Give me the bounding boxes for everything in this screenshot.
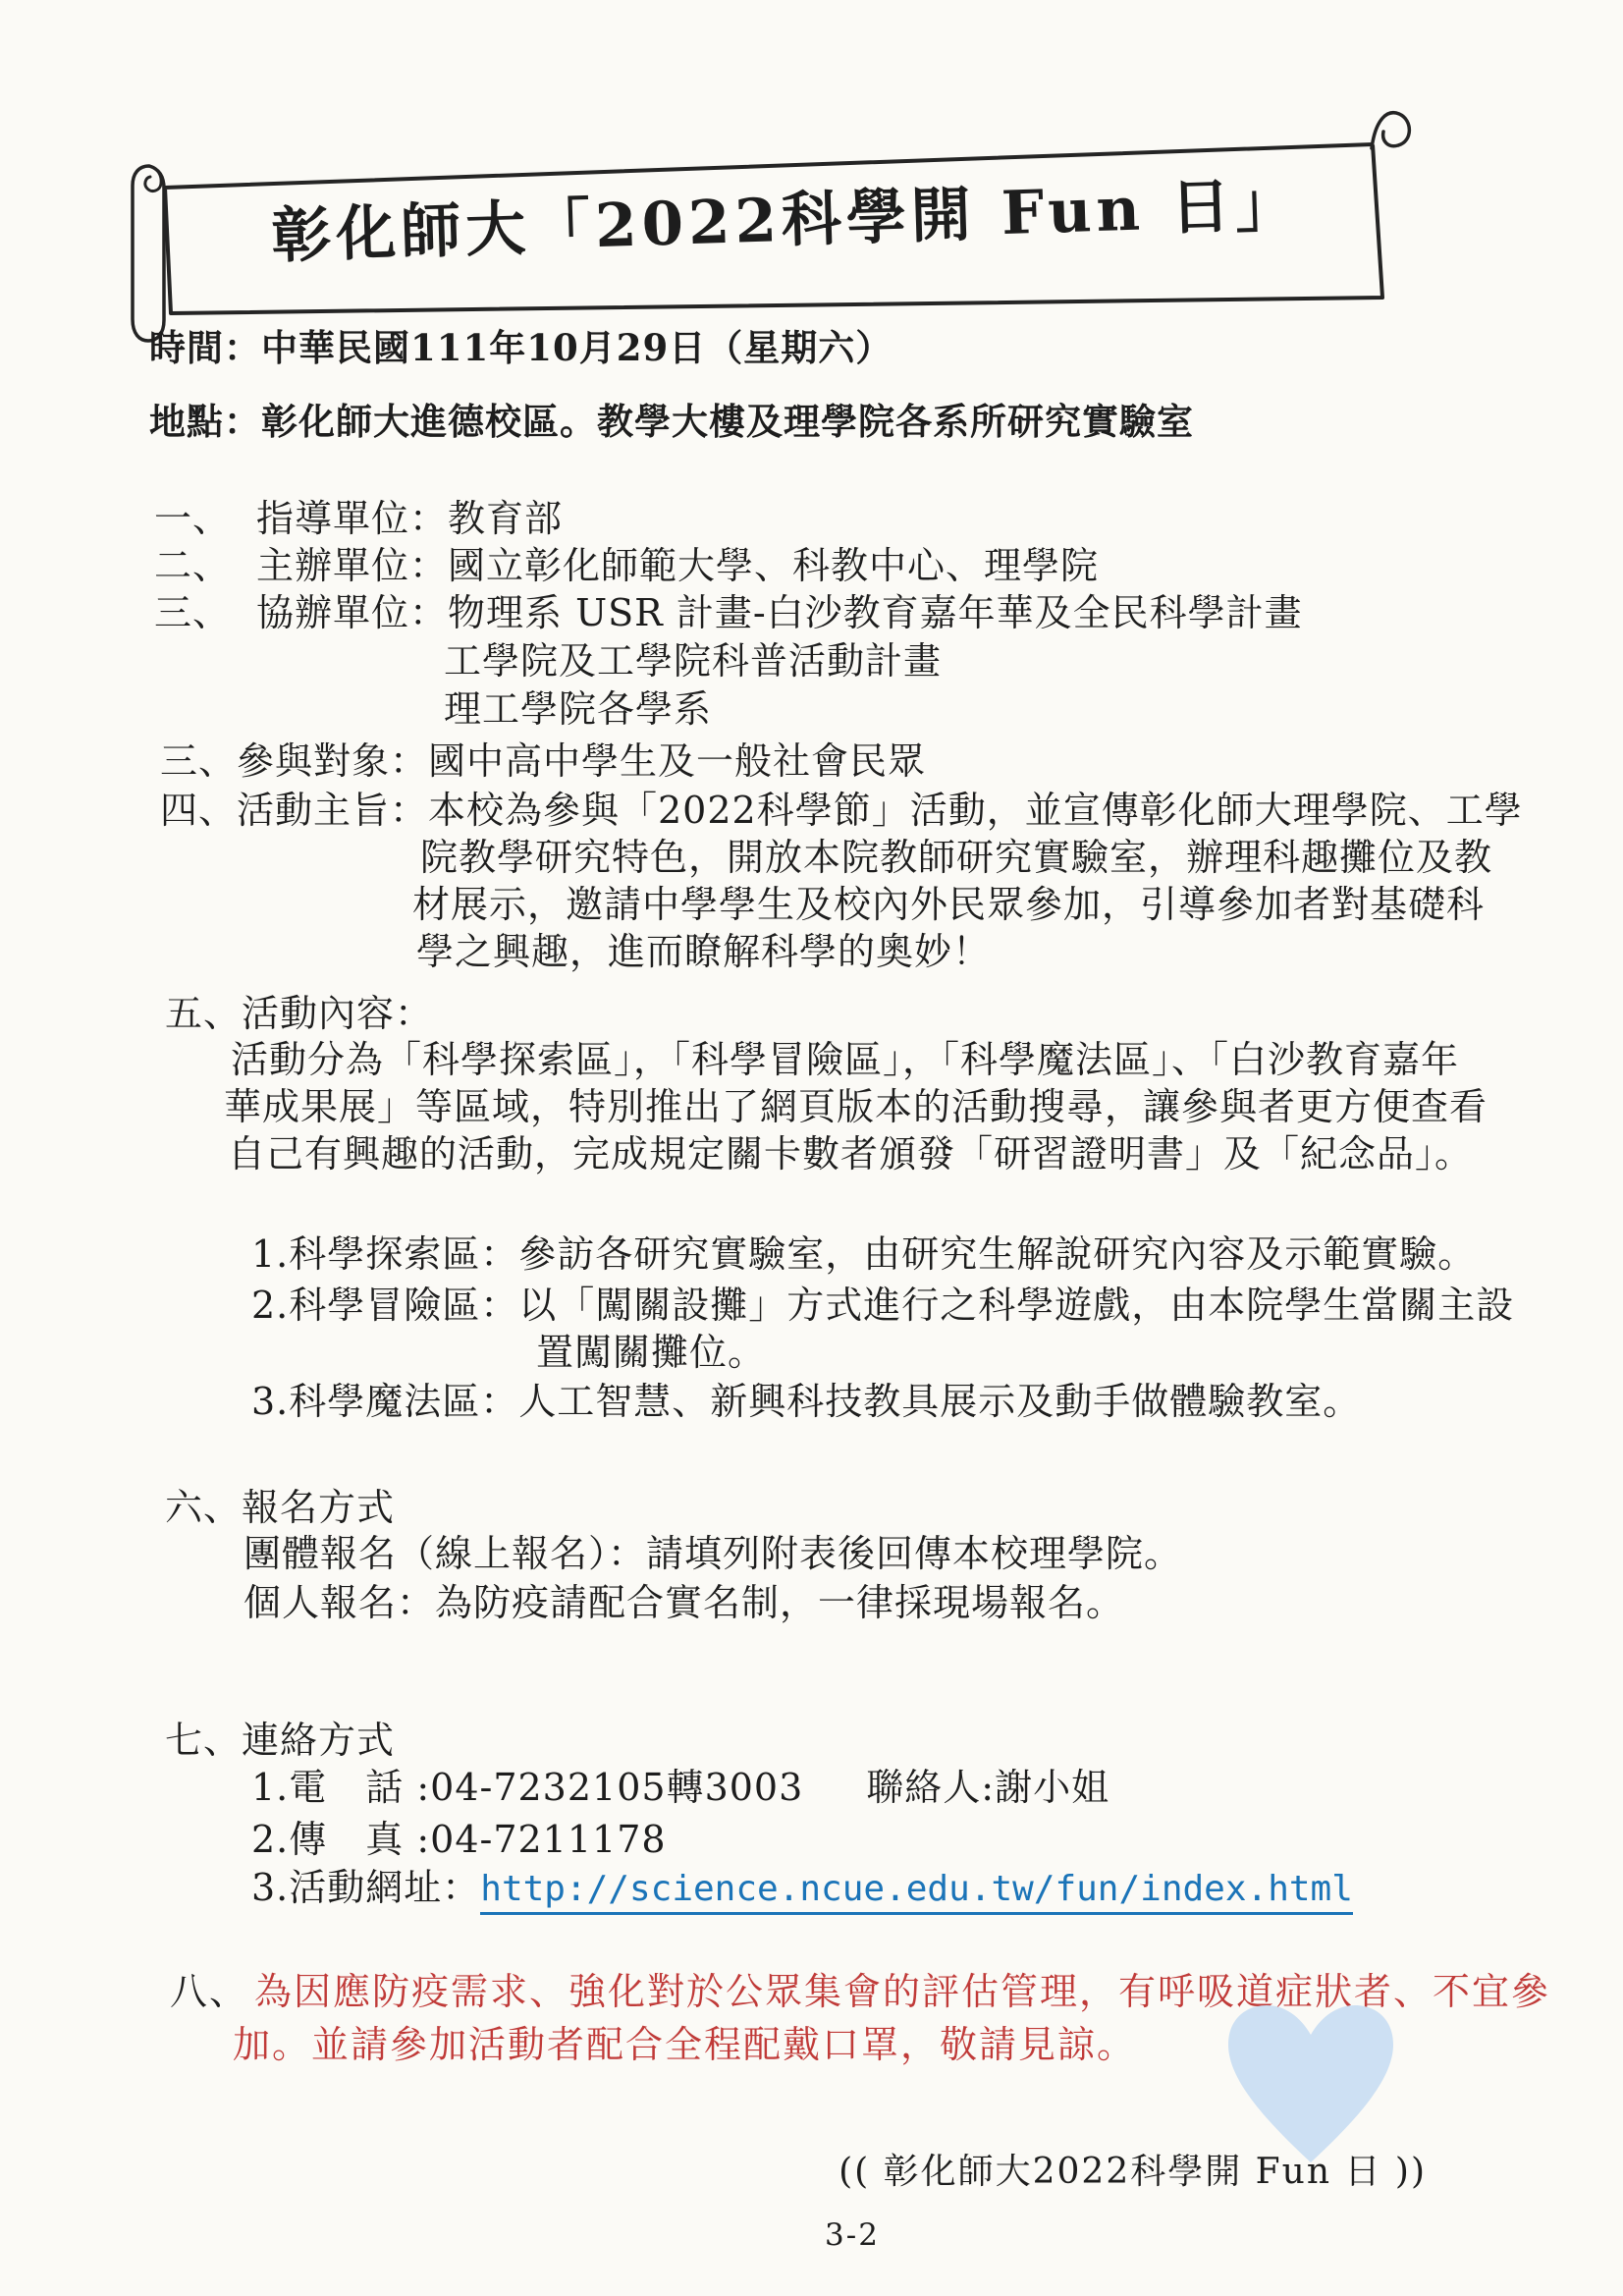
organizer-item-3-cont-1: 工學院及工學院科普活動計畫 <box>444 639 942 684</box>
notice-line-2: 加。並請參加活動者配合全程配戴口罩，敬請見諒。 <box>233 2023 1136 2068</box>
activities-desc-3: 自己有興趣的活動，完成規定關卡數者頒發「研習證明書」及「紀念品」。 <box>228 1132 1473 1177</box>
phone-number: 1.電 話 :04-7232105轉3003 <box>251 1766 803 1809</box>
item-number: 一、 <box>154 497 231 540</box>
contact-web-line: 3.活動網址：http://science.ncue.edu.tw/fun/in… <box>251 1866 1353 1911</box>
registration-heading: 六、報名方式 <box>165 1486 395 1531</box>
purpose-line-4: 學之興趣，進而瞭解科學的奧妙！ <box>416 930 991 975</box>
document-page: 彰化師大「2022科學開 Fun 日」 時間：中華民國111年10月29日（星期… <box>0 0 1623 2296</box>
organizer-item-3-cont-2: 理工學院各學系 <box>444 687 712 733</box>
footer-tag: (( 彰化師大2022科學開 Fun 日 )) <box>839 2144 1427 2194</box>
activities-desc-2: 華成果展」等區域，特別推出了網頁版本的活動搜尋，讓參與者更方便查看 <box>224 1085 1488 1130</box>
organizer-item-3: 三、協辦單位：物理系 USR 計畫-白沙教育嘉年華及全民科學計畫 <box>154 591 1303 636</box>
page-number: 3-2 <box>825 2217 880 2253</box>
activity-url-link[interactable]: http://science.ncue.edu.tw/fun/index.htm… <box>480 1869 1353 1915</box>
activities-heading: 五、活動內容： <box>165 992 433 1037</box>
item-number: 三、 <box>154 591 231 634</box>
registration-individual-line: 個人報名：為防疫請配合實名制，一律採現場報名。 <box>243 1581 1124 1626</box>
participants-line: 三、參與對象：國中高中學生及一般社會民眾 <box>160 739 926 785</box>
item-text: 主辦單位：國立彰化師範大學、科教中心、理學院 <box>256 544 1099 587</box>
time-line: 時間：中華民國111年10月29日（星期六） <box>149 326 893 369</box>
scroll-right-curl <box>1372 113 1409 148</box>
item-text: 指導單位：教育部 <box>256 497 563 540</box>
contact-fax-line: 2.傳 真 :04-7211178 <box>251 1818 667 1863</box>
purpose-line-3: 材展示，邀請中學學生及校內外民眾參加，引導參加者對基礎科 <box>412 883 1485 928</box>
organizer-item-2: 二、主辦單位：國立彰化師範大學、科教中心、理學院 <box>154 544 1099 589</box>
location-line: 地點：彰化師大進德校區。教學大樓及理學院各系所研究實驗室 <box>149 400 1194 443</box>
purpose-line-2: 院教學研究特色，開放本院教師研究實驗室，辦理科趣攤位及教 <box>420 836 1492 881</box>
item-number: 二、 <box>154 544 231 587</box>
contact-person: 聯絡人:謝小姐 <box>866 1766 1109 1809</box>
activities-desc-1: 活動分為「科學探索區」，「科學冒險區」，「科學魔法區」、「白沙教育嘉年 <box>231 1038 1459 1083</box>
notice-number: 八、 <box>170 1970 248 2013</box>
registration-group-line: 團體報名（線上報名）：請填列附表後回傳本校理學院。 <box>243 1532 1182 1577</box>
zone-item-2-cont: 置闖關攤位。 <box>536 1331 766 1376</box>
organizer-item-1: 一、指導單位：教育部 <box>154 497 563 542</box>
scroll-left-roll <box>133 166 164 341</box>
zone-item-1: 1.科學探索區：參訪各研究實驗室，由研究生解說研究內容及示範實驗。 <box>251 1232 1476 1278</box>
purpose-line-1: 四、活動主旨：本校為參與「2022科學節」活動，並宣傳彰化師大理學院、工學 <box>160 789 1523 834</box>
contact-heading: 七、連絡方式 <box>165 1719 395 1764</box>
contact-phone-line: 1.電 話 :04-7232105轉3003聯絡人:謝小姐 <box>251 1766 1109 1811</box>
heart-watermark-icon <box>1220 1999 1402 2164</box>
zone-item-2: 2.科學冒險區：以「闖關設攤」方式進行之科學遊戲，由本院學生當關主設 <box>251 1284 1514 1329</box>
item-text: 協辦單位：物理系 USR 計畫-白沙教育嘉年華及全民科學計畫 <box>256 591 1303 634</box>
zone-item-3: 3.科學魔法區：人工智慧、新興科技教具展示及動手做體驗教室。 <box>251 1380 1361 1425</box>
web-label: 3.活動網址： <box>251 1866 480 1909</box>
